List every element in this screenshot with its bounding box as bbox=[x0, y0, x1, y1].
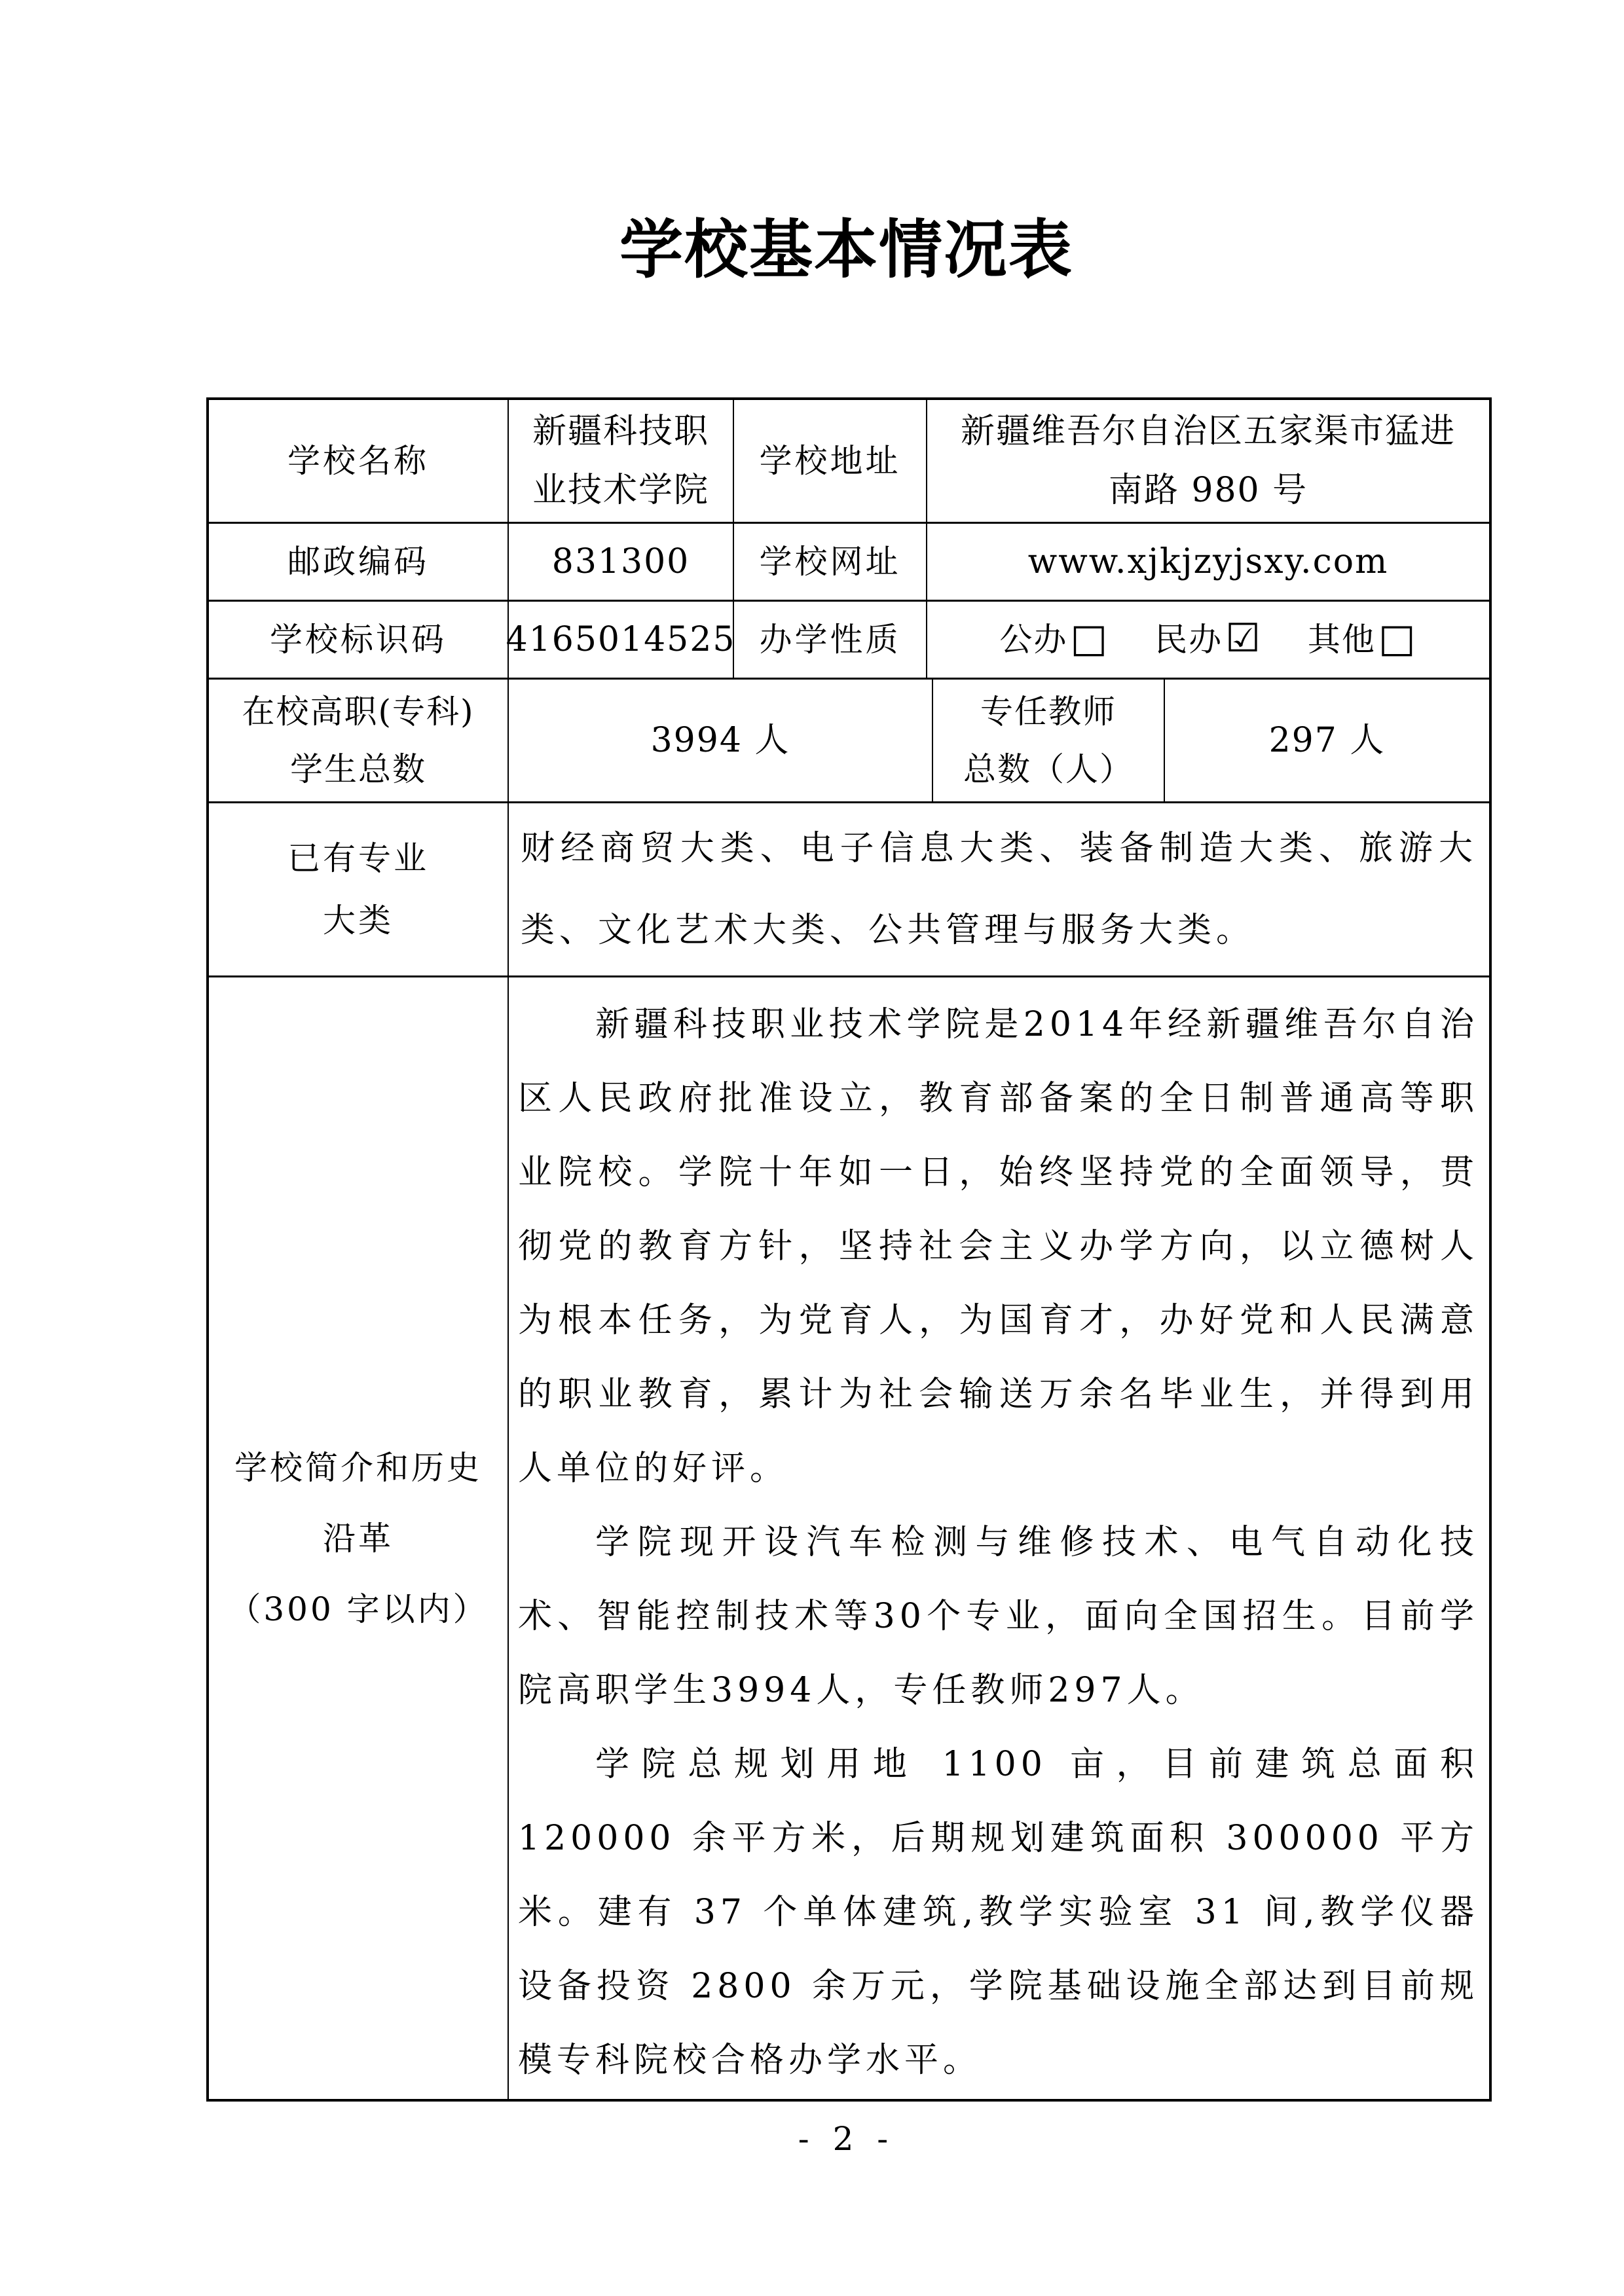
intro-paragraph-1: 新疆科技职业技术学院是2014年经新疆维吾尔自治区人民政府批准设立，教育部备案的… bbox=[518, 988, 1479, 1506]
nature-option-private-label: 民办 bbox=[1154, 615, 1223, 665]
nature-option-other: 其他 □ bbox=[1308, 610, 1417, 669]
nature-option-other-label: 其他 bbox=[1308, 615, 1376, 665]
majors-value: 财经商贸大类、电子信息大类、装备制造大类、旅游大类、文化艺术大类、公共管理与服务… bbox=[509, 808, 1489, 972]
postal-code-value: 831300 bbox=[509, 524, 734, 602]
school-nature-options: 公办 □ 民办 ☑ 其他 □ bbox=[927, 602, 1489, 680]
intro-paragraph-3: 学院总规划用地 1100 亩，目前建筑总面积 120000 余平方米，后期规划建… bbox=[518, 1728, 1479, 2098]
school-name-label: 学校名称 bbox=[209, 400, 509, 524]
school-website-value: www.xjkjzyjsxy.com bbox=[927, 524, 1489, 602]
postal-code-label: 邮政编码 bbox=[209, 524, 509, 602]
nature-option-private: 民办 ☑ bbox=[1154, 610, 1262, 669]
school-id-label: 学校标识码 bbox=[209, 602, 509, 680]
checkbox-unchecked-icon: □ bbox=[1070, 609, 1109, 668]
intro-label: 学校简介和历史 沿革 （300 字以内） bbox=[209, 977, 509, 2099]
students-total-label: 在校高职(专科) 学生总数 bbox=[209, 680, 509, 803]
students-total-value: 3994 人 bbox=[509, 680, 933, 803]
nature-option-public: 公办 □ bbox=[999, 610, 1109, 669]
school-id-value: 4165014525 bbox=[509, 602, 734, 680]
school-nature-label: 办学性质 bbox=[734, 602, 927, 680]
teachers-total-value: 297 人 bbox=[1165, 680, 1489, 803]
checkbox-unchecked-icon: □ bbox=[1378, 609, 1417, 668]
page-title: 学校基本情况表 bbox=[206, 198, 1486, 290]
checkbox-checked-icon: ☑ bbox=[1225, 609, 1262, 668]
intro-paragraph-2: 学院现开设汽车检测与维修技术、电气自动化技术、智能控制技术等30个专业，面向全国… bbox=[518, 1506, 1479, 1728]
page-number: - 2 - bbox=[206, 2120, 1486, 2158]
school-info-table: 学校名称 新疆科技职 业技术学院 学校地址 新疆维吾尔自治区五家渠市猛进 南路 … bbox=[206, 397, 1492, 2102]
teachers-total-label: 专任教师 总数（人） bbox=[933, 680, 1165, 803]
school-address-value: 新疆维吾尔自治区五家渠市猛进 南路 980 号 bbox=[927, 400, 1489, 524]
majors-value-cell: 财经商贸大类、电子信息大类、装备制造大类、旅游大类、文化艺术大类、公共管理与服务… bbox=[509, 803, 1489, 977]
nature-option-public-label: 公办 bbox=[999, 615, 1067, 665]
school-name-value: 新疆科技职 业技术学院 bbox=[509, 400, 734, 524]
school-address-label: 学校地址 bbox=[734, 400, 927, 524]
school-website-label: 学校网址 bbox=[734, 524, 927, 602]
majors-label: 已有专业 大类 bbox=[209, 803, 509, 977]
intro-text-cell: 新疆科技职业技术学院是2014年经新疆维吾尔自治区人民政府批准设立，教育部备案的… bbox=[509, 977, 1489, 2099]
